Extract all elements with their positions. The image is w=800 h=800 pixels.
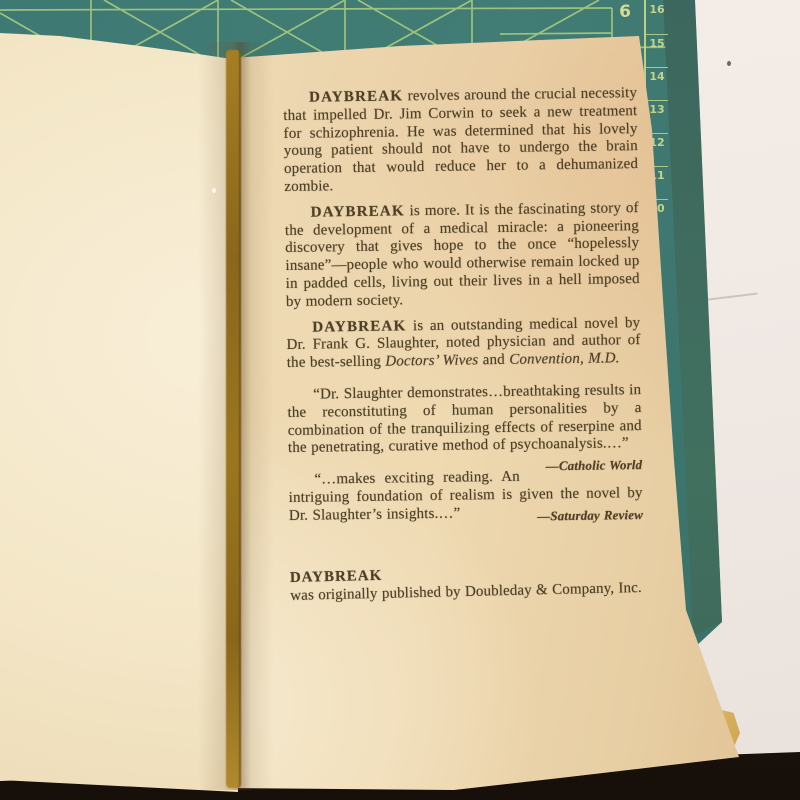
text-segment: Doctors’ Wives [385,352,478,369]
review-quote-1: “Dr. Slaughter demonstrates…breathtaking… [287,382,642,458]
blurb-paragraph-1: DAYBREAK revolves around the crucial nec… [283,85,638,197]
surface-speck [727,61,731,66]
book-title-run: DAYBREAK [312,318,406,335]
blurb-paragraph-2: DAYBREAK is more. It is the fascinating … [285,200,640,312]
quote-attribution: —Catholic World [520,453,643,476]
blurb-paragraph-3: DAYBREAK is an outstanding medical novel… [286,315,641,373]
ruler-number: 16 [646,1,668,34]
book-gutter [198,42,274,790]
page-text: DAYBREAK revolves around the crucial nec… [283,85,644,605]
text-segment: “Dr. Slaughter demonstrates…breathtaking… [287,382,641,456]
ruler-label-6: 6 [615,3,635,21]
ruler-number: 14 [646,67,668,100]
quote-attribution: —Saturday Review [511,503,643,526]
book-title-run: DAYBREAK [309,88,403,105]
review-quote-2: “…makes exciting reading. An intriguing … [288,467,643,525]
ruler-number: 15 [646,34,668,67]
publisher-note: DAYBREAK was originally published by Dou… [290,561,673,605]
blurb-paragraphs: DAYBREAK revolves around the crucial nec… [283,85,643,525]
text-segment: and [478,352,509,368]
text-segment: Convention, M.D. [509,350,620,368]
glue-dot [212,188,216,193]
gutter-glue-line [226,50,241,788]
surface-scratch [700,292,758,301]
book-title-run: DAYBREAK [311,203,405,220]
book-photo-scene: 6 16151413121110 DAYBREAK revolves aroun… [0,0,800,800]
